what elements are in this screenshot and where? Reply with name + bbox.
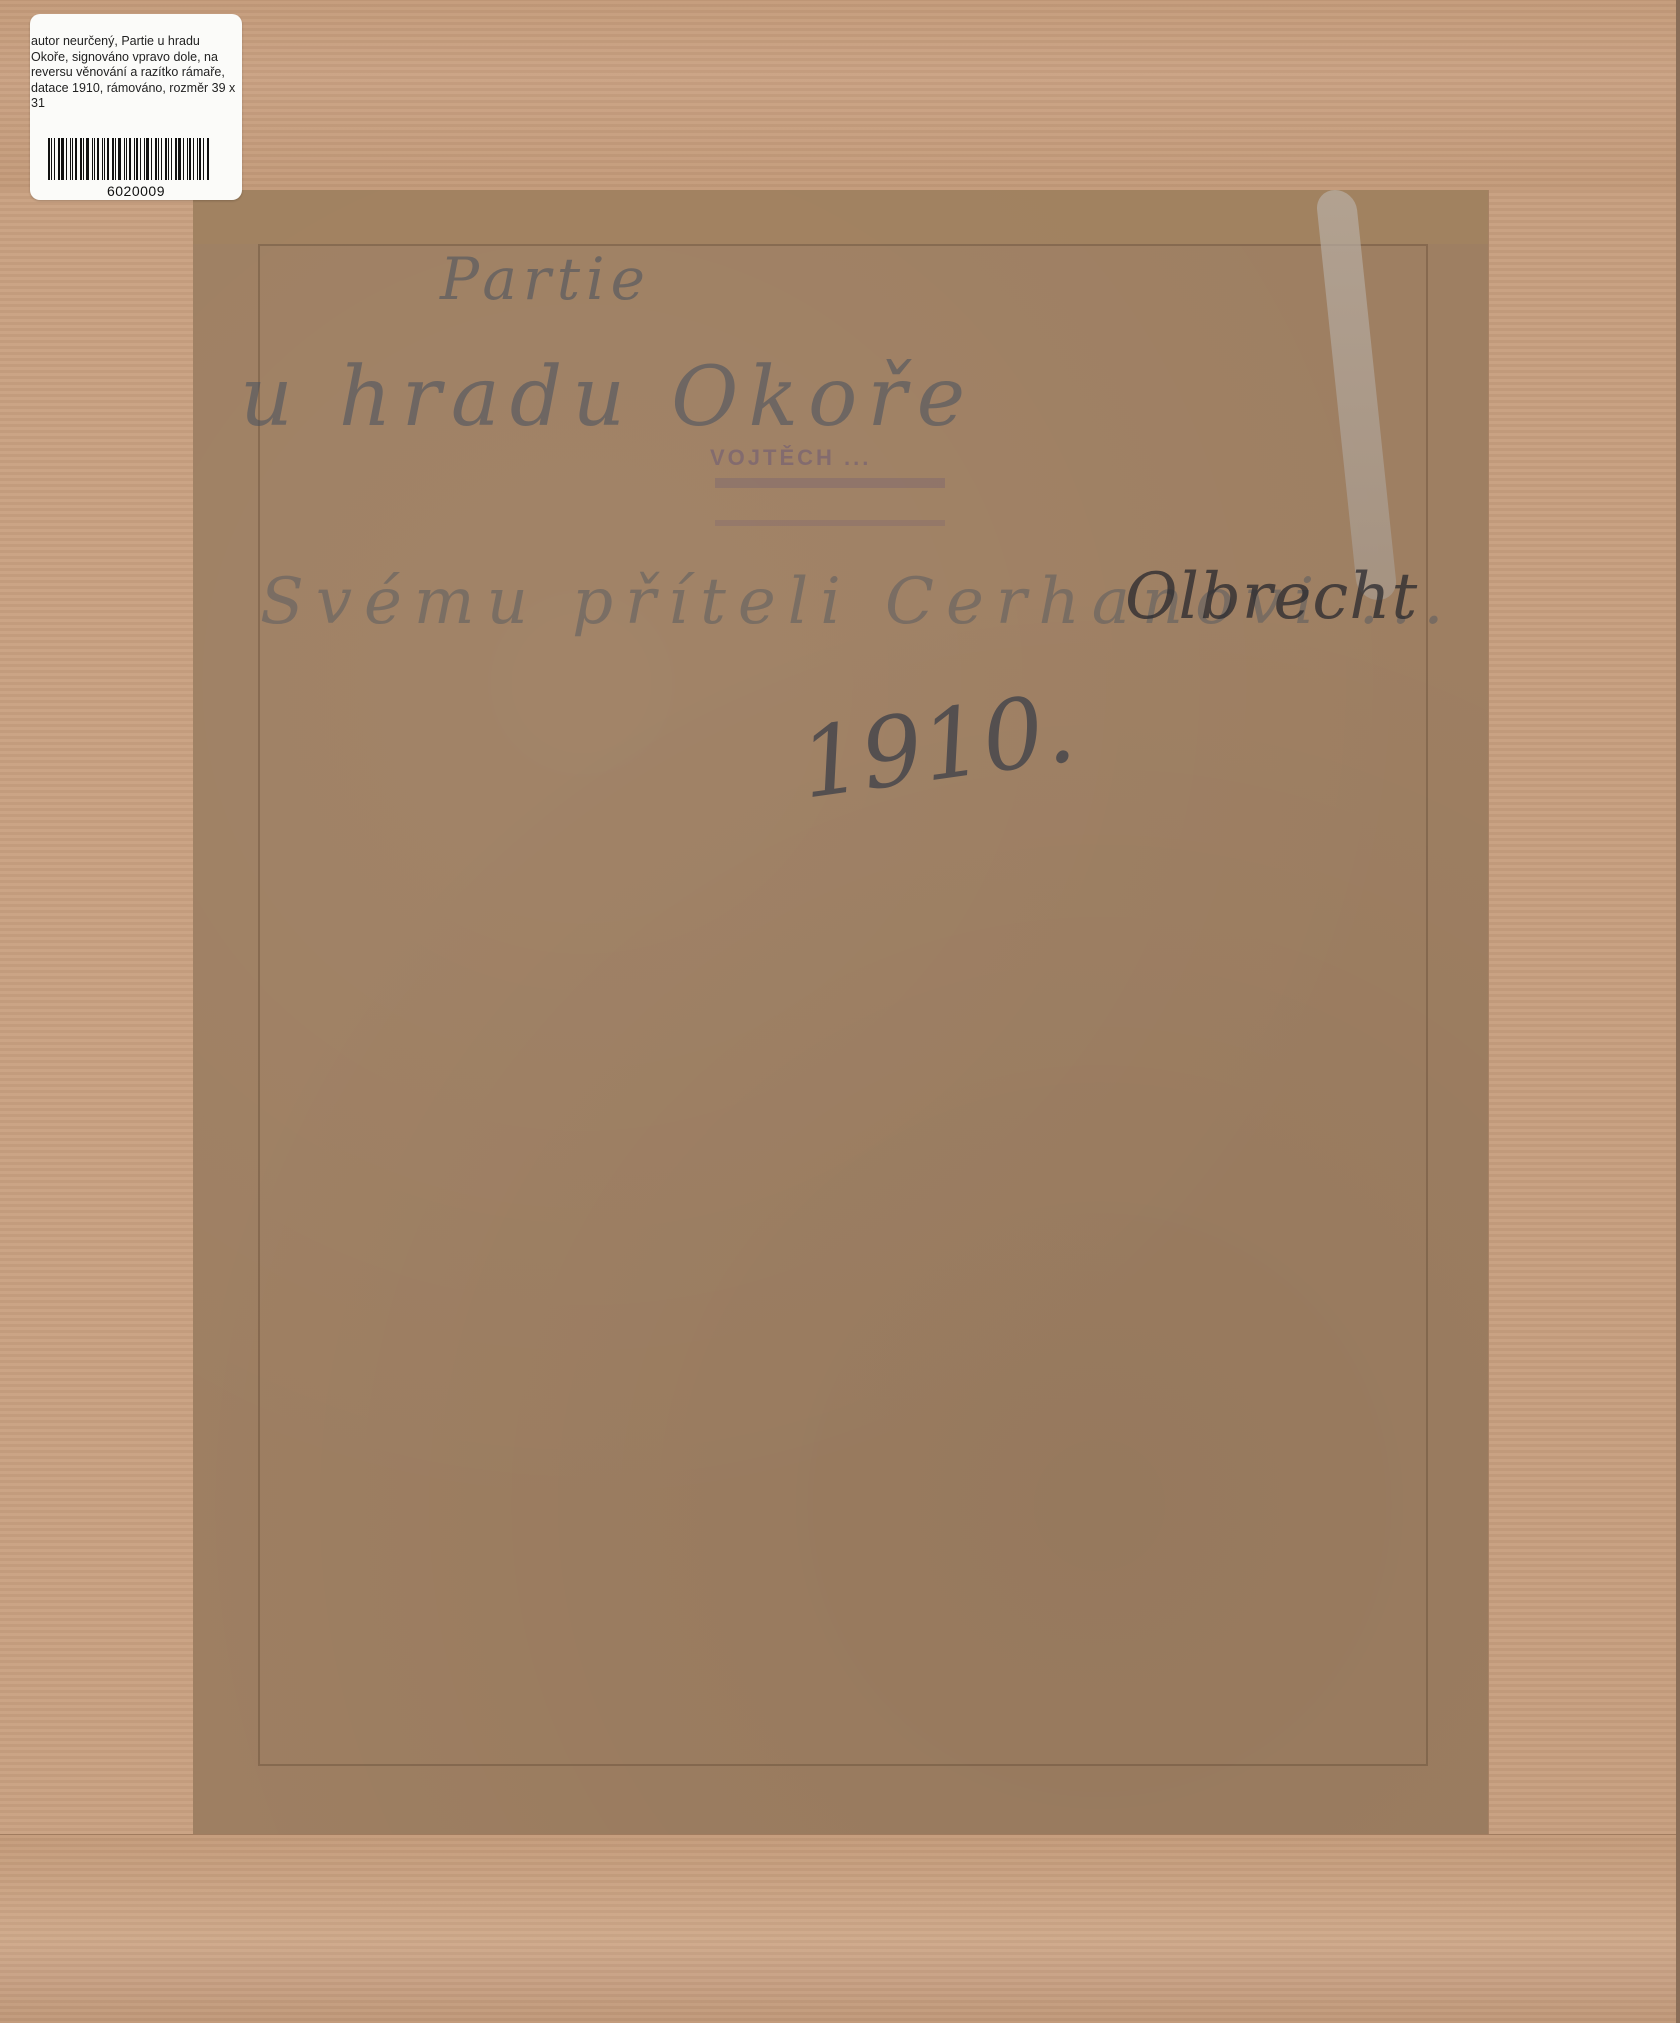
framer-stamp: VOJTĚCH ...	[710, 445, 871, 471]
board-top-strip	[193, 190, 1488, 244]
tape-right	[1488, 190, 1678, 1834]
tape-bottom	[0, 1834, 1680, 2023]
frame-edge	[1676, 0, 1680, 2023]
inscription-title-line-1: Partie	[440, 245, 651, 313]
tape-top	[0, 0, 1680, 191]
inscription-title-line-2: u hradu Okoře	[240, 350, 975, 445]
label-description: autor neurčený, Partie u hradu Okoře, si…	[30, 34, 239, 112]
inner-panel-outline	[258, 244, 1428, 1766]
inventory-label: autor neurčený, Partie u hradu Okoře, si…	[30, 14, 242, 200]
signature: Olbrecht	[1125, 560, 1418, 634]
barcode-icon	[48, 138, 218, 180]
tape-left	[0, 190, 194, 1834]
barcode-number: 6020009	[30, 183, 242, 199]
framer-stamp-line	[715, 478, 945, 488]
framer-stamp-line	[715, 520, 945, 526]
